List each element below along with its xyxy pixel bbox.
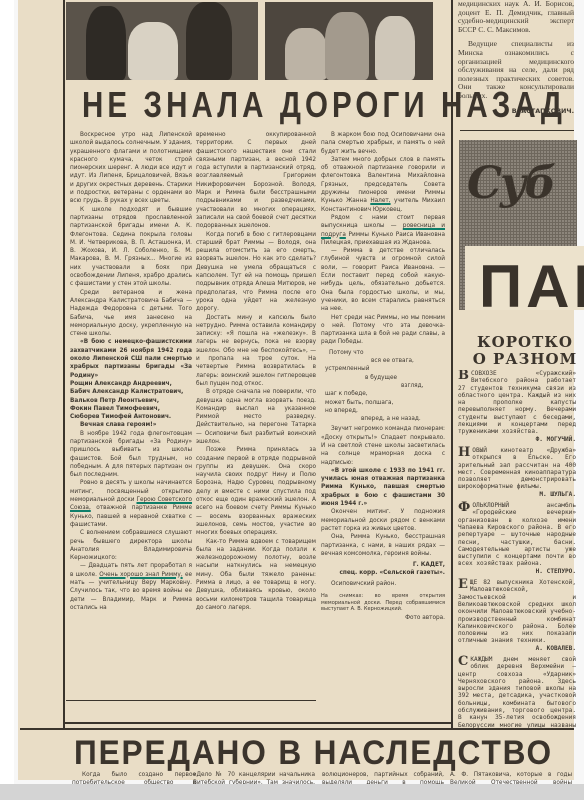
drop-cap: С bbox=[458, 656, 468, 668]
paragraph: Достать мину и капсюль было нетрудно. Ри… bbox=[196, 313, 316, 388]
paragraph: Ведущие специалисты из Минска ознакомили… bbox=[458, 40, 574, 100]
brief-item: СКАЖДЫМ днем меняет свой облик деревня В… bbox=[458, 656, 576, 730]
column-divider-right bbox=[451, 0, 453, 728]
poem-line: устремленный bbox=[321, 364, 445, 372]
briefs-title: КОРОТКО О РАЗНОМ bbox=[470, 334, 580, 368]
drop-cap: Ф bbox=[458, 502, 470, 514]
banner-graphic: Суб ПАН bbox=[459, 140, 577, 310]
paragraph: К школе подходят и бывшие партизаны отря… bbox=[70, 205, 192, 288]
paragraph: Когда было создано первое потребительско… bbox=[72, 770, 196, 784]
paragraph: Воскресное утро над Липенской школой выд… bbox=[70, 130, 192, 205]
paragraph: Звучит негромко команда пионерам: «Доску… bbox=[321, 424, 445, 465]
paragraph: — Римма в детстве отличалась глубиной чу… bbox=[321, 246, 445, 312]
drop-cap: Е bbox=[458, 579, 468, 591]
brief-item: ФОЛЬКЛОРНЫЙ ансамбль «Городейские вечерк… bbox=[458, 502, 576, 575]
pen-underline: Очень хорошо знал Римму, bbox=[99, 570, 182, 578]
article-bottom-border bbox=[63, 722, 453, 724]
memorial-inscription: «В этой школе с 1933 по 1941 гг. училась… bbox=[321, 466, 445, 507]
brief-signature: Ф. МОГУЧИЙ. bbox=[458, 436, 576, 443]
brief-text: СОВХОЗЕ «Суражский» Витебского района ра… bbox=[458, 370, 576, 435]
paragraph: медицинских наук А. И. Борисов, доцент Е… bbox=[458, 0, 574, 34]
briefs-column: ВСОВХОЗЕ «Суражский» Витебского района р… bbox=[458, 370, 576, 730]
fallen-name: Сюборев Тимофей Антонович. bbox=[70, 412, 192, 420]
brief-item: НОВЫЙ кинотеатр «Дружба» открылся в Ельс… bbox=[458, 447, 576, 498]
memorial-quote-end: Вечная слава героям!» bbox=[70, 420, 192, 428]
paragraph: Нет среди нас Риммы, но мы помним о ней.… bbox=[321, 313, 445, 346]
brief-item: ЕЩЕ 82 выпускника Хотенской, Малоавтюков… bbox=[458, 579, 576, 652]
right-top-divider bbox=[460, 130, 574, 131]
paragraph: Рядом с нами стоит первая выпускница шко… bbox=[321, 213, 445, 246]
paragraph: — Двадцать пять лет проработал я в школе… bbox=[70, 561, 192, 611]
byline-author: Г. КАДЕТ, bbox=[321, 560, 445, 568]
poem-line: Потому что bbox=[321, 348, 445, 356]
bottom-column-3: волюционеров, партийных собраний, выделя… bbox=[322, 770, 444, 784]
article-column-2: временно оккупированной территории. С пе… bbox=[196, 130, 316, 700]
paragraph: В ноябре 1942 года флегонтовцам партизан… bbox=[70, 429, 192, 479]
fallen-name: Фокин Павел Тимофеевич, bbox=[70, 404, 192, 412]
poem-line: вперед, а не назад. bbox=[321, 414, 445, 422]
paragraph: волюционеров, партийных собраний, выделя… bbox=[322, 770, 444, 784]
drop-cap: Н bbox=[458, 447, 470, 459]
memorial-quote: «В бою с немецко-фашистскими захватчикам… bbox=[70, 337, 192, 378]
briefs-title-line: КОРОТКО bbox=[470, 334, 580, 351]
scan-edge bbox=[0, 784, 584, 800]
poem: Потому что вся ее отвага, устремленный в… bbox=[321, 348, 445, 423]
brief-signature: М. ШУЛЬГА. bbox=[458, 491, 576, 498]
byline-district: Осиповичский район. bbox=[321, 579, 445, 587]
paragraph: Она, Римма Кунько, бесстрашная партизанк… bbox=[321, 532, 445, 557]
poem-line: в будущее bbox=[321, 373, 445, 381]
paragraph: С волнением собравшиеся слушают речь быв… bbox=[70, 528, 192, 561]
paragraph: Как-то Римма вдвоем с товарищем была на … bbox=[196, 537, 316, 612]
article-column-1: Воскресное утро над Липенской школой выд… bbox=[70, 130, 192, 700]
photo-ceremony-left bbox=[66, 2, 258, 80]
paragraph: Среди ветеранов и жена Александра Калист… bbox=[70, 288, 192, 338]
paragraph: временно оккупированной территории. С пе… bbox=[196, 130, 316, 230]
fallen-name: Вальков Петр Леонтьевич, bbox=[70, 396, 192, 404]
signature: В. АСТАПКОВИЧ. bbox=[458, 107, 574, 116]
paragraph: В жарком бою под Осиповичами она пала см… bbox=[321, 130, 445, 155]
photo-pioneers-right bbox=[265, 2, 433, 80]
brief-item: ВСОВХОЗЕ «Суражский» Витебского района р… bbox=[458, 370, 576, 443]
brief-text: ОЛЬКЛОРНЫЙ ансамбль «Городейские вечерки… bbox=[458, 502, 576, 567]
paragraph: А. Ф. Пятаковича, которые в годы Великой… bbox=[450, 770, 572, 784]
banner-script-title: Суб bbox=[467, 158, 554, 209]
poem-line: вся ее отвага, bbox=[321, 356, 445, 364]
brief-signature: А. КОВАЛЕВ. bbox=[458, 645, 576, 652]
poem-line: но вперед, bbox=[321, 406, 445, 414]
photo-caption: На снимках: во время открытия мемориальн… bbox=[321, 593, 445, 613]
brief-signature: Н. СТЕПУРО. bbox=[458, 568, 576, 575]
paragraph: Окончен митинг. У подножия мемориальной … bbox=[321, 507, 445, 532]
brief-text: КАЖДЫМ днем меняет свой облик деревня Ве… bbox=[458, 656, 576, 730]
paragraph: Позже Римма принялась за создание первой… bbox=[196, 445, 316, 536]
drop-cap: В bbox=[458, 370, 469, 382]
poem-line: может быть, полшага, bbox=[321, 398, 445, 406]
byline-role: спец. корр. «Сельской газеты». bbox=[321, 568, 445, 576]
bottom-column-1: Когда было создано первое потребительско… bbox=[72, 770, 196, 784]
brief-text: ЩЕ 82 выпускника Хотенской, Малоавтюковс… bbox=[458, 579, 576, 644]
pen-underline: Налет, bbox=[370, 196, 390, 204]
paragraph: Затем много добрых слов в память об отва… bbox=[321, 155, 445, 213]
article-mid-divider bbox=[66, 700, 316, 701]
photo-credit: Фото автора. bbox=[321, 613, 445, 621]
paragraph: Когда погиб в бою с гитлеровцами старший… bbox=[196, 230, 316, 313]
paragraph: Ровно в десять у школы начинается митинг… bbox=[70, 478, 192, 528]
fallen-name: Бабич Александр Калистратович, bbox=[70, 387, 192, 395]
left-border bbox=[63, 0, 65, 728]
right-top-article: медицинских наук А. И. Борисов, доцент Е… bbox=[458, 0, 574, 128]
banner-block-title: ПАН bbox=[479, 252, 584, 321]
article-column-3: В жарком бою под Осиповичами она пала см… bbox=[321, 130, 445, 720]
fallen-name: Рощин Александр Андреевич, bbox=[70, 379, 192, 387]
poem-line: взгляд, bbox=[321, 381, 445, 389]
briefs-title-line: О РАЗНОМ bbox=[470, 351, 580, 368]
bottom-column-2: «Дело № 70 канцелярии начальника Витебск… bbox=[193, 770, 315, 784]
paragraph: В отряде сначала не поверили, что девушк… bbox=[196, 387, 316, 445]
brief-text: ОВЫЙ кинотеатр «Дружба» открылся в Ельск… bbox=[458, 447, 576, 490]
poem-line: шаг к победе, bbox=[321, 389, 445, 397]
bottom-column-4: А. Ф. Пятаковича, которые в годы Великой… bbox=[450, 770, 572, 784]
bottom-headline: ПЕРЕДАНО В НАСЛЕДСТВО bbox=[74, 734, 553, 773]
paragraph: «Дело № 70 канцелярии начальника Витебск… bbox=[193, 770, 315, 784]
